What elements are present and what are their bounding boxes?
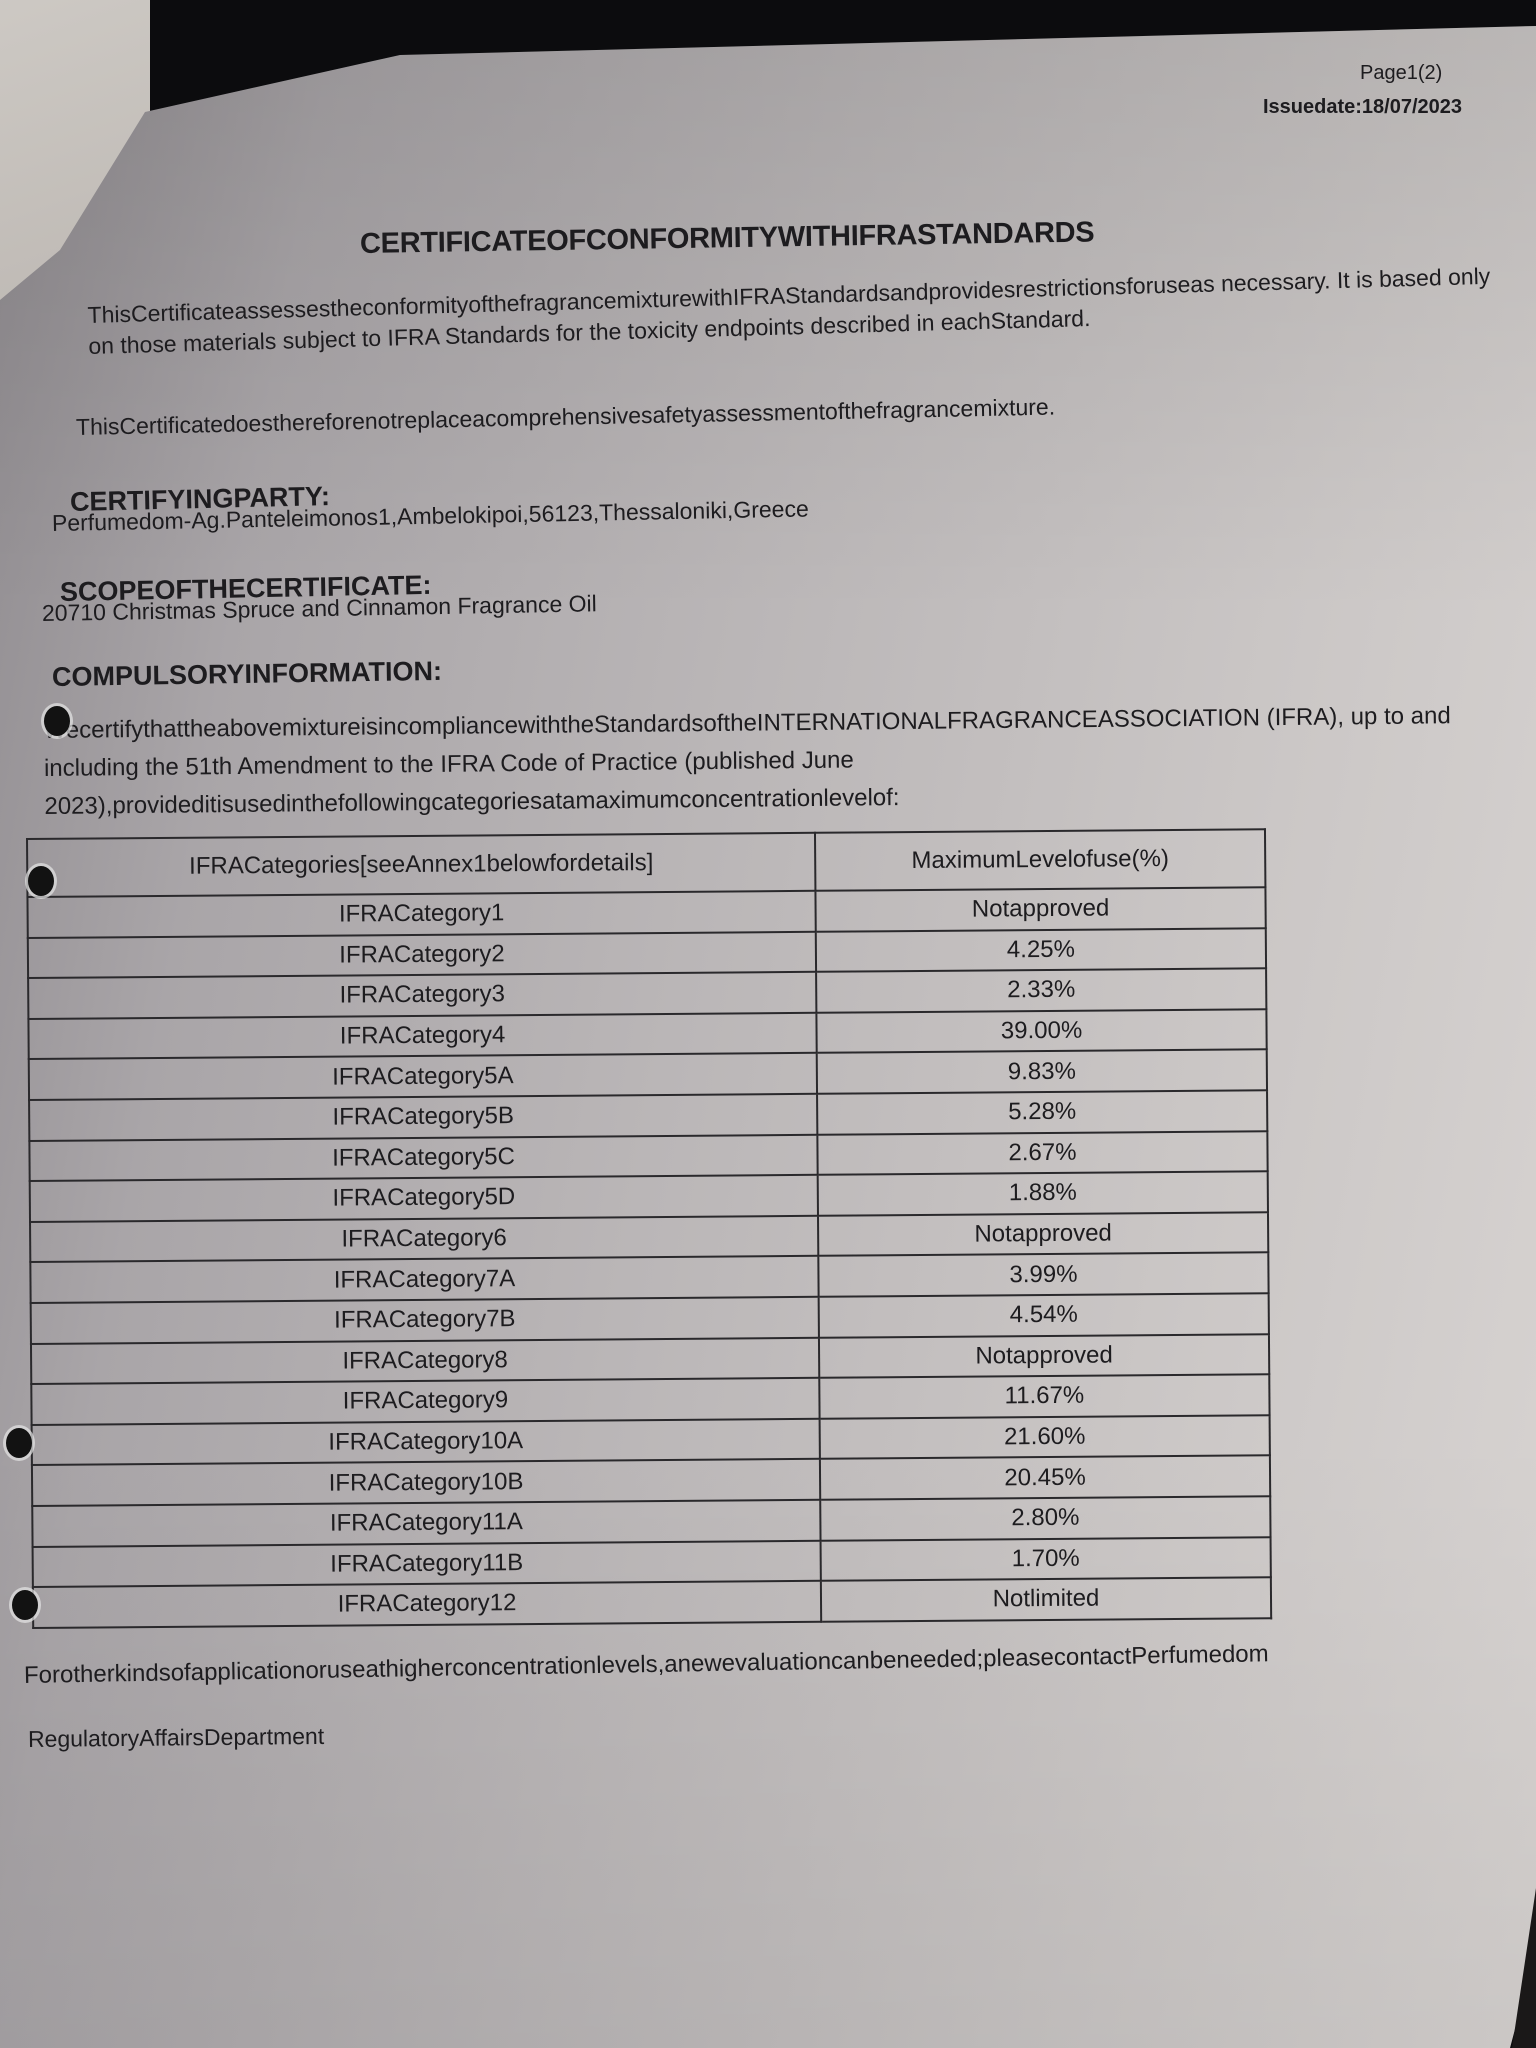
max-level-cell: 39.00%: [816, 1009, 1266, 1053]
category-cell: IFRACategory6: [30, 1216, 818, 1263]
max-level-cell: 3.99%: [818, 1253, 1268, 1297]
max-level-cell: Notlimited: [821, 1577, 1271, 1621]
max-level-cell: 2.33%: [816, 968, 1266, 1012]
max-level-cell: Notapproved: [818, 1212, 1268, 1256]
disclaimer-paragraph: ThisCertificatedoesthereforenotreplaceac…: [76, 391, 1056, 443]
category-cell: IFRACategory7A: [30, 1256, 818, 1303]
binder-hole: [44, 706, 70, 736]
category-cell: IFRACategory2: [28, 931, 816, 978]
certificate-page: Page1(2) Issuedate:18/07/2023 CERTIFICAT…: [0, 0, 1536, 2048]
table-row: IFRACategory12Notlimited: [33, 1577, 1271, 1627]
max-level-cell: 1.70%: [821, 1537, 1271, 1581]
binder-hole: [6, 1428, 32, 1458]
footer-department: RegulatoryAffairsDepartment: [28, 1723, 324, 1753]
category-cell: IFRACategory10A: [32, 1419, 820, 1466]
column-header-max-level: MaximumLevelofuse(%): [815, 829, 1265, 891]
category-cell: IFRACategory3: [28, 972, 816, 1019]
issue-date: Issuedate:18/07/2023: [1263, 96, 1462, 119]
max-level-cell: 21.60%: [820, 1415, 1270, 1459]
category-cell: IFRACategory4: [28, 1013, 816, 1060]
category-cell: IFRACategory5A: [29, 1053, 817, 1100]
column-header-category: IFRACategories[seeAnnex1belowfordetails]: [27, 833, 815, 897]
max-level-cell: Notapproved: [815, 887, 1265, 931]
ifra-category-table: IFRACategories[seeAnnex1belowfordetails]…: [26, 828, 1272, 1628]
document-title: CERTIFICATEOFCONFORMITYWITHIFRASTANDARDS: [360, 216, 1095, 261]
category-cell: IFRACategory11A: [32, 1500, 820, 1547]
max-level-cell: 5.28%: [817, 1090, 1267, 1134]
category-cell: IFRACategory10B: [32, 1459, 820, 1506]
category-cell: IFRACategory5D: [30, 1175, 818, 1222]
max-level-cell: 11.67%: [819, 1374, 1269, 1418]
page-number: Page1(2): [1360, 62, 1442, 85]
category-cell: IFRACategory5C: [29, 1134, 817, 1181]
table-header-row: IFRACategories[seeAnnex1belowfordetails]…: [27, 829, 1265, 897]
max-level-cell: 4.25%: [816, 928, 1266, 972]
category-cell: IFRACategory7B: [31, 1297, 819, 1344]
max-level-cell: Notapproved: [819, 1334, 1269, 1378]
category-cell: IFRACategory5B: [29, 1094, 817, 1141]
category-cell: IFRACategory1: [27, 891, 815, 938]
max-level-cell: 2.80%: [820, 1496, 1270, 1540]
binder-hole: [28, 866, 54, 896]
category-cell: IFRACategory11B: [33, 1540, 821, 1587]
footer-note: Forotherkindsofapplicationoruseathigherc…: [24, 1640, 1269, 1690]
compulsory-information-heading: COMPULSORYINFORMATION:: [52, 656, 442, 693]
binder-hole: [12, 1590, 38, 1620]
category-cell: IFRACategory8: [31, 1337, 819, 1384]
max-level-cell: 9.83%: [817, 1050, 1267, 1094]
max-level-cell: 2.67%: [817, 1131, 1267, 1175]
max-level-cell: 1.88%: [818, 1171, 1268, 1215]
category-cell: IFRACategory12: [33, 1581, 821, 1628]
max-level-cell: 20.45%: [820, 1456, 1270, 1500]
max-level-cell: 4.54%: [819, 1293, 1269, 1337]
category-cell: IFRACategory9: [31, 1378, 819, 1425]
intro-paragraph: ThisCertificateassessestheconformityofth…: [87, 260, 1508, 362]
compulsory-information-text: Wecertifythattheabovemixtureisincomplian…: [43, 697, 1464, 826]
